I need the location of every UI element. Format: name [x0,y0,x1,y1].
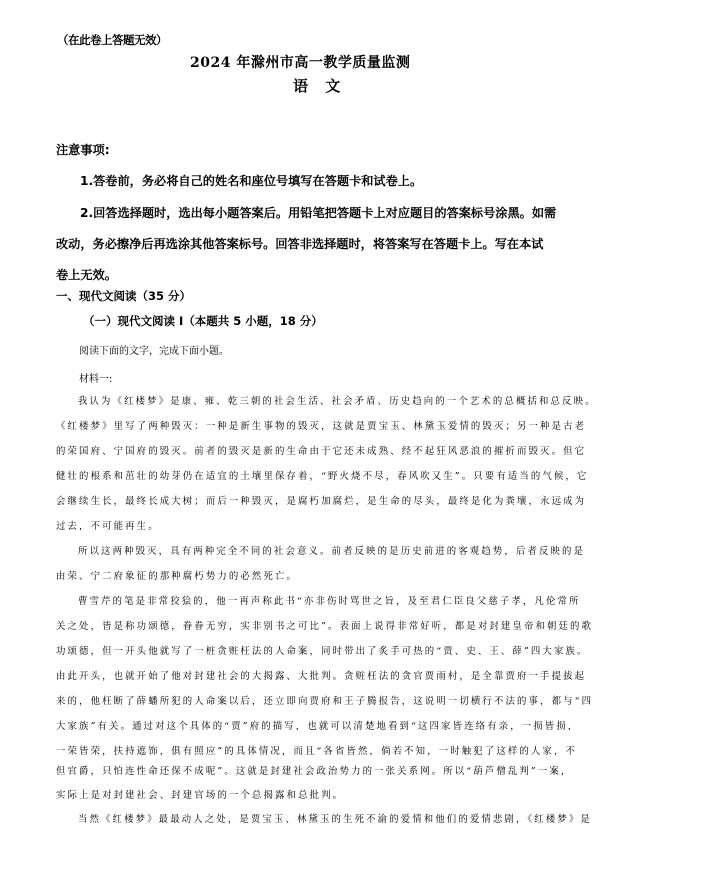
notice-line: 1.答卷前，务必将自己的姓名和座位号填写在答题卡和试卷上。 [80,172,422,189]
passage-line: 曹雪芹的笔是非常狡狯的，他一再声称此书“亦非伤时骂世之旨，及至君仁臣良父慈子孝，… [78,593,581,607]
passage-line: 由此开头，也就开始了他对封建社会的大揭露、大批判。贪赃枉法的贪官贾雨村，是全靠贾… [56,668,586,682]
notice-line: 改动，务必擦净后再选涂其他答案标号。回答非选择题时，将答案写在答题卡上。写在本试 [56,235,544,252]
subsection-heading: （一）现代文阅读 I（本题共 5 小题，18 分） [83,313,323,329]
passage-line: 健壮的根系和茁壮的幼芽仍在适宜的土壤里保存着，“野火烧不尽，春风吹又生”。只要有… [56,468,589,482]
passage-line: 所以这两种毁灭，具有两种完全不同的社会意义。前者反映的是历史前进的客观趋势，后者… [78,543,585,557]
passage-line: 实际上是对封建社会、封建官场的一个总揭露和总批判。 [56,787,344,801]
passage-line: 功颂德，但一开头他就写了一桩贪赃枉法的人命案，同时带出了炙手可热的“贾、史、王、… [56,643,589,657]
passage-line: 过去，不可能再生。 [56,518,160,532]
passage-line: 由荣、宁二府象征的那种腐朽势力的必然死亡。 [56,568,298,582]
notice-heading: 注意事项: [56,141,110,158]
section-heading: 一、现代文阅读（35 分） [56,288,191,304]
instruction-text: 阅读下面的文字，完成下面小题。 [79,342,229,357]
passage-line: 来的，他枉断了薛蟠所犯的人命案以后，还立即向贾府和王子腾报告，这说明一切横行不法… [56,693,593,707]
passage-line: 我认为《红楼梦》是康、雍、乾三朝的社会生活、社会矛盾、历史趋向的一个艺术的总概括… [78,393,597,407]
passage-line: 的荣国府、宁国府的毁灭。前者的毁灭是新的生命由于它还未成熟、经不起狂风恶浪的摧折… [56,443,586,457]
passage-line: 关之处，皆是称功颂德，眷眷无穷，实非别书之可比”。表面上说得非常好听，都是对封建… [56,618,593,632]
material-label: 材料一: [79,370,112,385]
subject-title: 语 文 [293,75,346,96]
notice-line: 卷上无效。 [56,266,117,283]
page-title: 2024 年滁州市高一教学质量监测 [190,52,410,72]
exam-page: （在此卷上答题无效） 2024 年滁州市高一教学质量监测 语 文 注意事项: 1… [0,0,701,877]
header-note: （在此卷上答题无效） [57,32,167,48]
passage-line: 《红楼梦》里写了两种毁灭：一种是新生事物的毁灭，这就是贾宝玉、林黛玉爱情的毁灭；… [56,418,586,432]
passage-line: 当然《红楼梦》最最动人之处，是贾宝玉、林黛玉的生死不渝的爱情和他们的爱情悲剧，《… [78,811,592,825]
passage-line: 大家族”有关。通过对这个具体的“贾”府的描写，也就可以清楚地看到“这四家皆连络有… [56,718,579,732]
passage-line: 一荣皆荣，扶持遮饰，俱有照应”的具体情况，而且“各省皆然，倘若不知，一时触犯了这… [56,743,577,757]
passage-line: 但官爵，只怕连性命还保不成呢”。这就是封建社会政治势力的一张关系网。所以“葫芦僧… [56,763,572,777]
passage-line: 会继续生长，最终长成大树；而后一种毁灭，是腐朽加腐烂，是生命的尽头，最终是化为粪… [56,493,586,507]
notice-line: 2.回答选择题时，选出每小题答案后。用铅笔把答题卡上对应题目的答案标号涂黑。如需 [80,204,556,221]
